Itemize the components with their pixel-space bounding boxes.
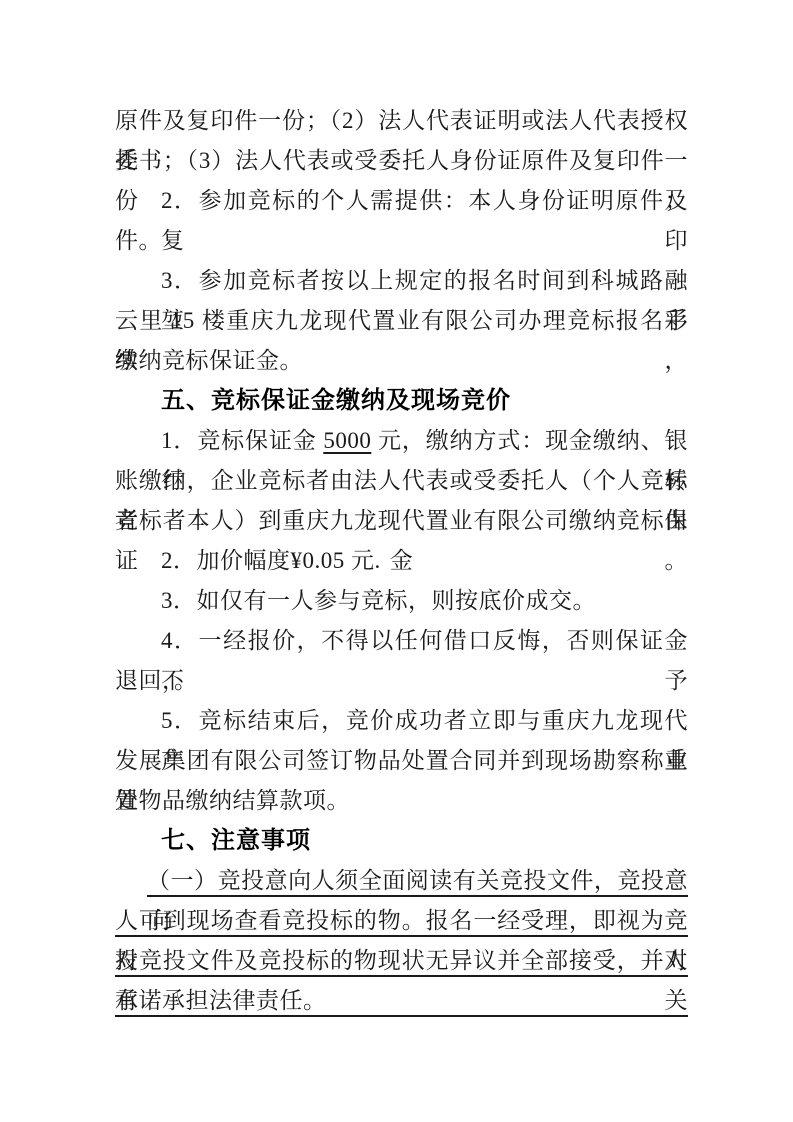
text-line: 云里 15 楼重庆九龙现代置业有限公司办理竞标报名手续， xyxy=(115,301,688,341)
text-line: 账缴纳，企业竞标者由法人代表或受委托人（个人竞标者由 xyxy=(115,461,688,501)
text-line: 托书；（3）法人代表或受委托人身份证原件及复印件一份； xyxy=(115,141,688,181)
underlined-value: 5000 xyxy=(323,428,371,453)
text-line: 原件及复印件一份；（2）法人代表证明或法人代表授权委 xyxy=(115,101,688,141)
text-line: 竞标者本人）到重庆九龙现代置业有限公司缴纳竞标保证金。 xyxy=(115,501,688,541)
text-line: （一）竞投意向人须全面阅读有关竞投文件，竞投意向 xyxy=(115,861,688,901)
text-line: 4．一经报价，不得以任何借口反悔，否则保证金不予 xyxy=(115,621,688,661)
text-line: 1．竞标保证金 5000 元，缴纳方式：现金缴纳、银行转 xyxy=(115,421,688,461)
text-line: 人可到现场查看竞投标的物。报名一经受理，即视为竞投人 xyxy=(115,901,688,941)
text-line: 2．参加竞标的个人需提供：本人身份证明原件及复印 xyxy=(115,181,688,221)
text-line: 发展集团有限公司签订物品处置合同并到现场勘察称重处 xyxy=(115,741,688,781)
text-line: 3．参加竞标者按以上规定的报名时间到科城路融堃彩 xyxy=(115,261,688,301)
text-line: 对竞投文件及竞投标的物现状无异议并全部接受，并对有关 xyxy=(115,941,688,981)
document-content: 原件及复印件一份；（2）法人代表证明或法人代表授权委托书；（3）法人代表或受委托… xyxy=(115,101,688,1021)
text-segment: 1．竞标保证金 xyxy=(161,428,323,453)
section-heading: 七、注意事项 xyxy=(115,821,688,861)
text-line: 3．如仅有一人参与竞标，则按底价成交。 xyxy=(115,581,688,621)
document-page: 原件及复印件一份；（2）法人代表证明或法人代表授权委托书；（3）法人代表或受委托… xyxy=(0,0,793,1122)
section-heading: 五、竞标保证金缴纳及现场竞价 xyxy=(115,381,688,421)
text-line: 置物品缴纳结算款项。 xyxy=(115,781,688,821)
text-line: 5．竞标结束后，竞价成功者立即与重庆九龙现代产业 xyxy=(115,701,688,741)
